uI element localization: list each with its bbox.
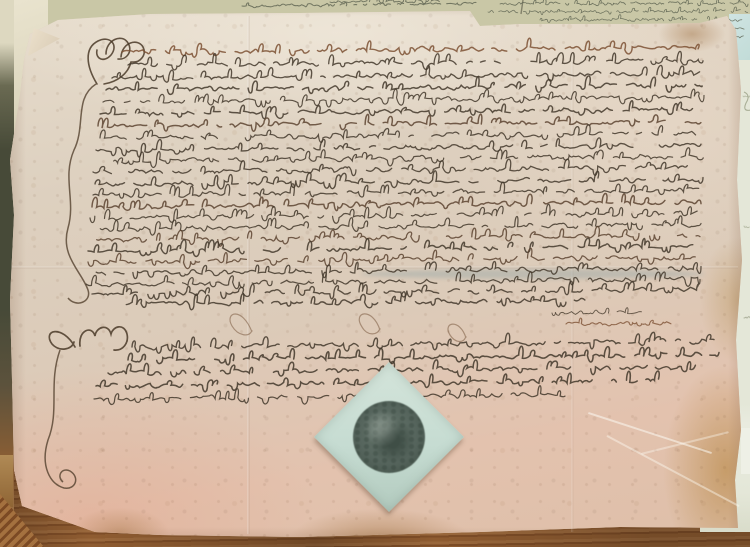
wax-seal-imprint xyxy=(353,401,425,473)
background-paper-right-light-band xyxy=(741,428,750,474)
vertical-fold-line-left xyxy=(247,16,250,534)
grey-smudge-band xyxy=(360,269,705,279)
vertical-fold-line-right xyxy=(571,60,574,532)
photo-scene xyxy=(0,0,750,547)
horizontal-fold-line xyxy=(12,266,738,269)
